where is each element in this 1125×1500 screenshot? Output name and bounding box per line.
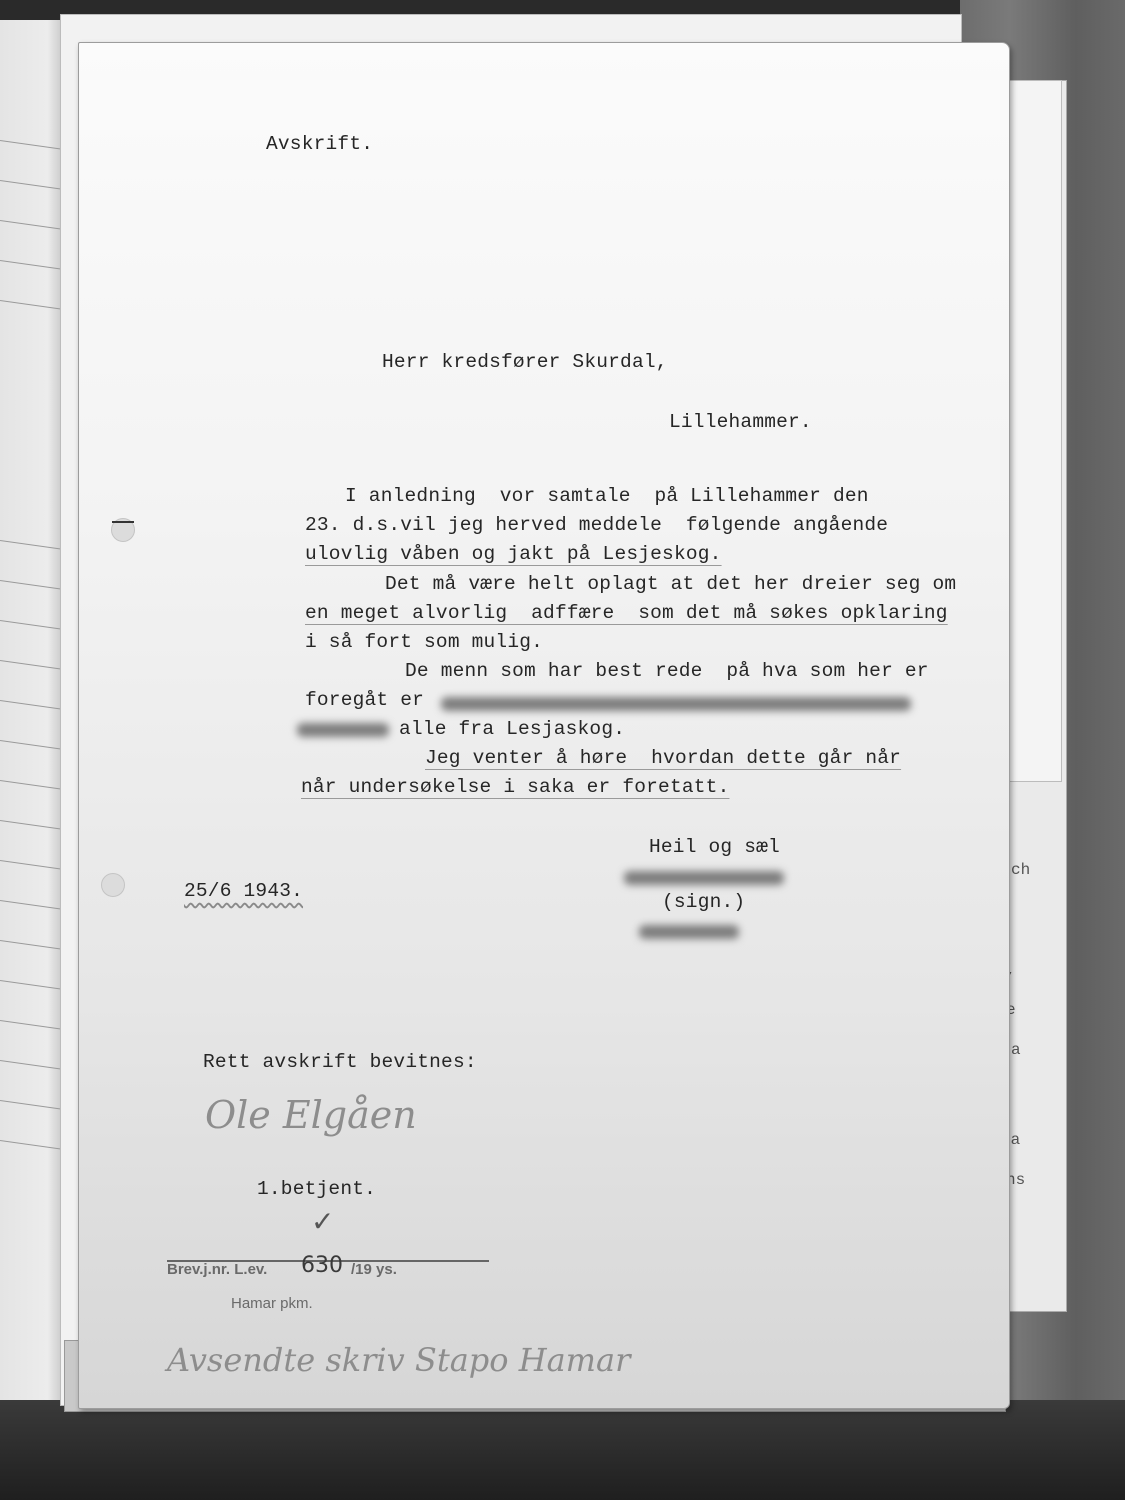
letter-date: 25/6 1943. bbox=[184, 880, 303, 902]
body-line: i så fort som mulig. bbox=[305, 631, 543, 653]
redacted-signature-name bbox=[624, 871, 784, 885]
journal-stamp-label: Brev.j.nr. L.ev. bbox=[167, 1261, 267, 1278]
redacted-names bbox=[297, 723, 389, 737]
checkmark-icon: ✓ bbox=[311, 1205, 334, 1238]
stamp-office: Hamar pkm. bbox=[231, 1295, 313, 1312]
body-line: ulovlig våben og jakt på Lesjeskog. bbox=[305, 543, 722, 565]
addressee-place: Lillehammer. bbox=[669, 411, 812, 433]
table-surface bbox=[0, 1400, 1125, 1500]
signature-note: (sign.) bbox=[662, 891, 745, 913]
body-line: når undersøkelse i saka er foretatt. bbox=[301, 776, 729, 798]
attestation-label: Rett avskrift bevitnes: bbox=[203, 1051, 477, 1073]
body-line: De menn som har best rede på hva som her… bbox=[405, 660, 929, 682]
redacted-names bbox=[441, 697, 911, 711]
body-line: Jeg venter å høre hvordan dette går når bbox=[425, 747, 901, 769]
typed-letter-sheet: Avskrift. Herr kredsfører Skurdal, Lille… bbox=[78, 42, 1010, 1409]
journal-number: 630 bbox=[301, 1253, 343, 1278]
punch-hole bbox=[111, 518, 135, 542]
handwritten-note: Avsendte skriv Stapo Hamar bbox=[167, 1341, 630, 1379]
handwritten-signature: Ole Elgåen bbox=[205, 1093, 417, 1137]
document-heading: Avskrift. bbox=[266, 133, 373, 155]
body-line: foregåt er bbox=[305, 689, 424, 711]
journal-suffix: /19 ys. bbox=[351, 1261, 397, 1278]
body-line: alle fra Lesjaskog. bbox=[399, 718, 625, 740]
punch-hole bbox=[101, 873, 125, 897]
closing-greeting: Heil og sæl bbox=[649, 836, 780, 858]
body-line: Det må være helt oplagt at det her dreie… bbox=[385, 573, 956, 595]
redacted-signature-title bbox=[639, 925, 739, 939]
addressee: Herr kredsfører Skurdal, bbox=[382, 351, 668, 373]
body-line: I anledning vor samtale på Lillehammer d… bbox=[345, 485, 869, 507]
margin-fragment: ch bbox=[1011, 861, 1030, 879]
body-line: 23. d.s.vil jeg herved meddele følgende … bbox=[305, 514, 888, 536]
signer-title: 1.betjent. bbox=[257, 1178, 376, 1200]
body-line: en meget alvorlig adffære som det må søk… bbox=[305, 602, 948, 624]
margin-fragment: a bbox=[1011, 1041, 1021, 1059]
